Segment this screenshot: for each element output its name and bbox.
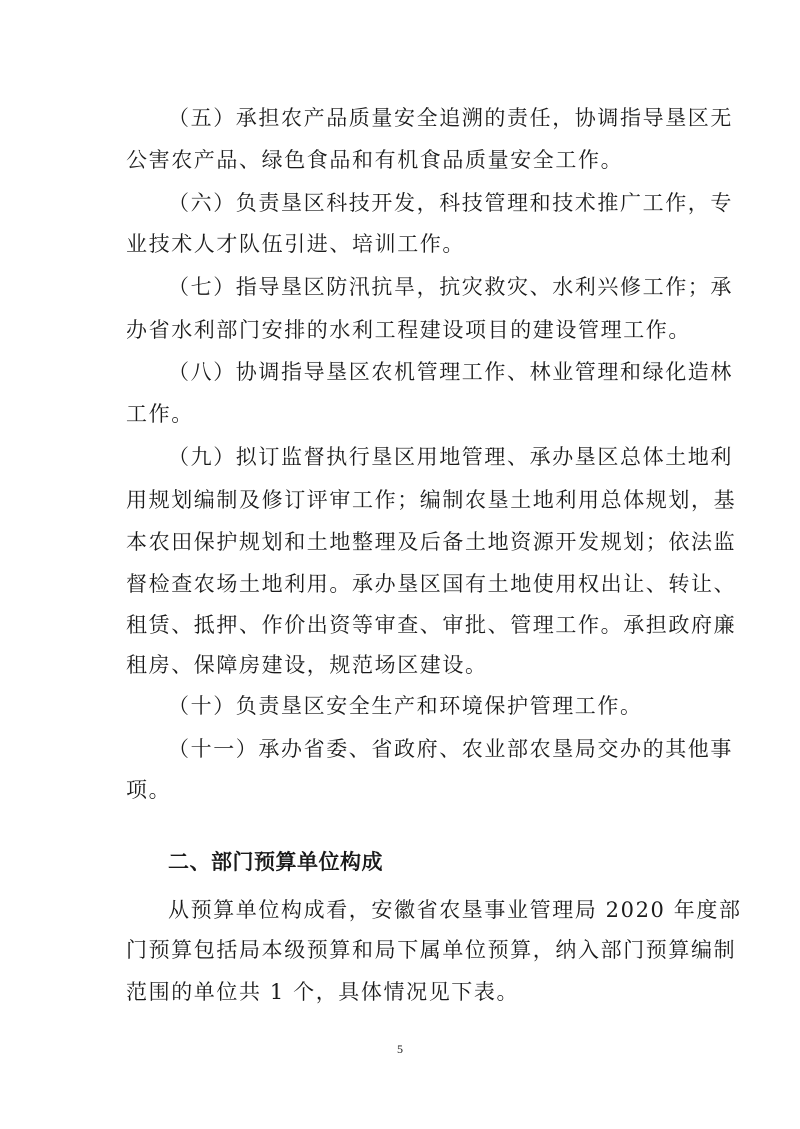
page-number: 5 <box>0 1042 800 1057</box>
section-body-line-2: 门预算包括局本级预算和局下属单位预算，纳入部门预算编制 <box>126 936 686 964</box>
paragraph-item-9-line-3: 本农田保护规划和土地整理及后备土地资源开发规划；依法监 <box>126 528 686 556</box>
paragraph-item-9-line-5: 租赁、抵押、作价出资等审查、审批、管理工作。承担政府廉 <box>126 611 686 639</box>
paragraph-item-11-line-2: 项。 <box>126 776 686 804</box>
paragraph-item-6-line-2: 业技术人才队伍引进、培训工作。 <box>126 230 686 258</box>
document-page: （五）承担农产品质量安全追溯的责任，协调指导垦区无 公害农产品、绿色食品和有机食… <box>0 0 800 1129</box>
paragraph-item-7-line-1: （七）指导垦区防汛抗旱，抗灾救灾、水利兴修工作；承 <box>168 273 688 301</box>
paragraph-item-10-line-1: （十）负责垦区安全生产和环境保护管理工作。 <box>168 692 688 720</box>
paragraph-item-8-line-1: （八）协调指导垦区农机管理工作、林业管理和绿化造林 <box>168 358 688 386</box>
paragraph-item-8-line-2: 工作。 <box>126 400 686 428</box>
section-body-line-1: 从预算单位构成看，安徽省农垦事业管理局 2020 年度部 <box>168 896 688 924</box>
section-body-line-3: 范围的单位共 1 个，具体情况见下表。 <box>126 978 686 1006</box>
paragraph-item-9-line-4: 督检查农场土地利用。承办垦区国有土地使用权出让、转让、 <box>126 570 686 598</box>
paragraph-item-9-line-2: 用规划编制及修订评审工作；编制农垦土地利用总体规划，基 <box>126 486 686 514</box>
paragraph-item-5-line-1: （五）承担农产品质量安全追溯的责任，协调指导垦区无 <box>168 104 688 132</box>
paragraph-item-9-line-1: （九）拟订监督执行垦区用地管理、承办垦区总体土地利 <box>168 443 688 471</box>
paragraph-item-9-line-6: 租房、保障房建设，规范场区建设。 <box>126 651 686 679</box>
paragraph-item-6-line-1: （六）负责垦区科技开发，科技管理和技术推广工作，专 <box>168 189 688 217</box>
paragraph-item-7-line-2: 办省水利部门安排的水利工程建设项目的建设管理工作。 <box>126 316 686 344</box>
section-heading: 二、部门预算单位构成 <box>168 848 383 876</box>
paragraph-item-11-line-1: （十一）承办省委、省政府、农业部农垦局交办的其他事 <box>168 735 688 763</box>
paragraph-item-5-line-2: 公害农产品、绿色食品和有机食品质量安全工作。 <box>126 146 686 174</box>
